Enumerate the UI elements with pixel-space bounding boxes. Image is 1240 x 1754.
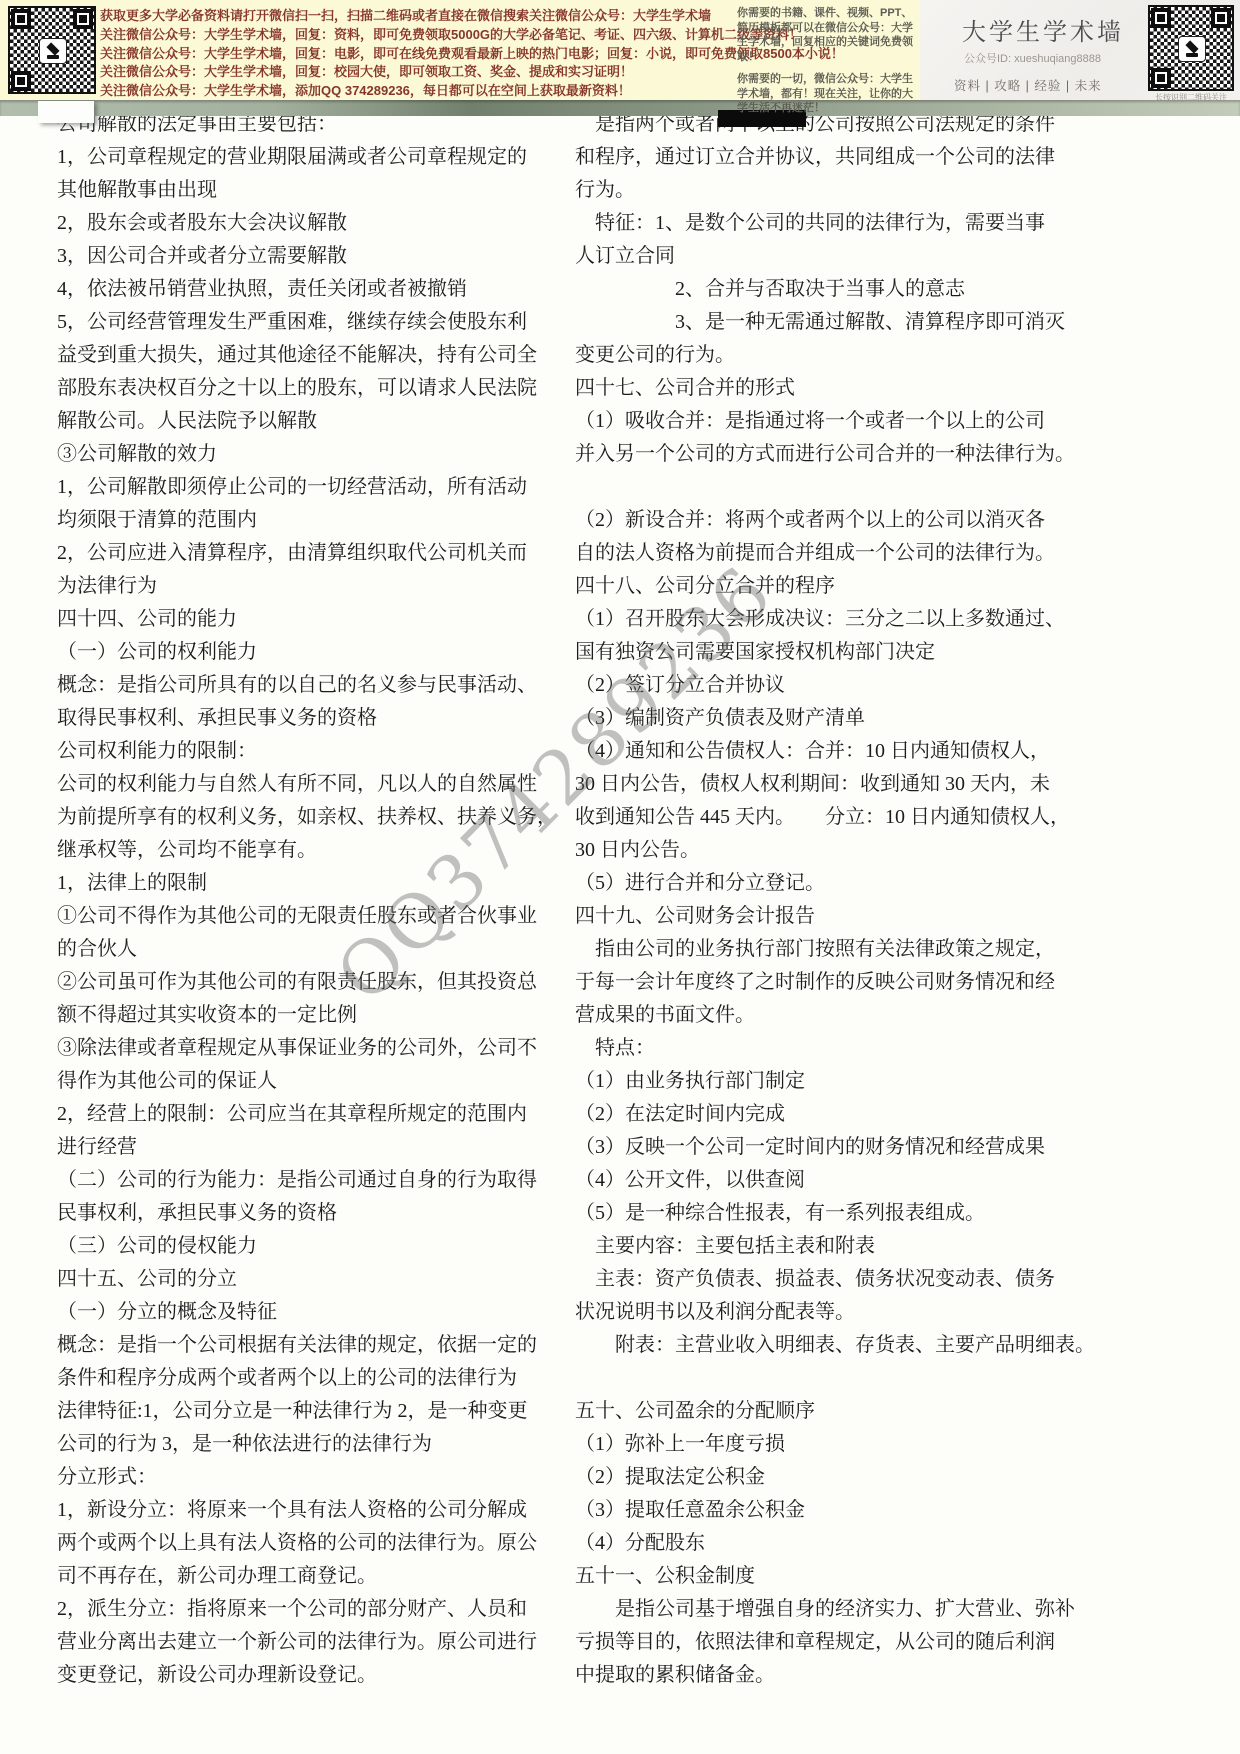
banner-text-lines: 获取更多大学必备资料请打开微信扫一扫，扫描二维码或者直接在微信搜索关注微信公众号… bbox=[100, 7, 750, 101]
banner-line: 关注微信公众号：大学生学术墙，回复：校园大使，即可领取工资、奖金、提成和实习证明… bbox=[100, 63, 750, 82]
text-line: 四十五、公司的分立 bbox=[57, 1263, 533, 1296]
text-line: 2，公司应进入清算程序，由清算组织取代公司机关而 bbox=[57, 537, 533, 570]
text-line: 额不得超过其实收资本的一定比例 bbox=[57, 999, 533, 1032]
qr-finder-icon bbox=[11, 71, 31, 91]
text-line: 部股东表决权百分之十以上的股东，可以请求人民法院 bbox=[57, 372, 533, 405]
text-line: 1，公司解散即须停止公司的一切经营活动，所有活动 bbox=[57, 471, 533, 504]
text-line: 30 日内公告，债权人权利期间：收到通知 30 天内，未 bbox=[575, 768, 1061, 801]
brand-tags: 资料 | 攻略 | 经验 | 未来 bbox=[954, 76, 1102, 94]
text-line: 2，派生分立：指将原来一个公司的部分财产、人员和 bbox=[57, 1593, 533, 1626]
text-line: 状况说明书以及利润分配表等。 bbox=[575, 1296, 1061, 1329]
banner-line: 关注微信公众号：大学生学术墙，回复：资料，即可免费领取5000G的大学必备笔记、… bbox=[100, 26, 750, 45]
text-line: 人订立合同 bbox=[575, 240, 1061, 273]
text-line: 司不再存在，新公司办理工商登记。 bbox=[57, 1560, 533, 1593]
right-text-column: 是指两个或者两个以上的公司按照公司法规定的条件和程序，通过订立合并协议，共同组成… bbox=[575, 108, 1061, 1692]
text-line: 为法律行为 bbox=[57, 570, 533, 603]
text-line: 附表：主营业收入明细表、存货表、主要产品明细表。 bbox=[575, 1329, 1061, 1362]
text-line: 1，公司章程规定的营业期限届满或者公司章程规定的 bbox=[57, 141, 533, 174]
banner-line: 关注微信公众号：大学生学术墙，添加QQ 374289236，每日都可以在空间上获… bbox=[100, 82, 750, 101]
text-line: 均须限于清算的范围内 bbox=[57, 504, 533, 537]
text-line: （5）是一种综合性报表，有一系列报表组成。 bbox=[575, 1197, 1061, 1230]
text-line: 公司权利能力的限制： bbox=[57, 735, 533, 768]
text-line: 五十、公司盈余的分配顺序 bbox=[575, 1395, 1061, 1428]
text-line: （一）分立的概念及特征 bbox=[57, 1296, 533, 1329]
text-line: 亏损等目的，依照法律和章程规定，从公司的随后利润 bbox=[575, 1626, 1061, 1659]
text-line: 2、合并与否取决于当事人的意志 bbox=[575, 273, 1061, 306]
text-line: 指由公司的业务执行部门按照有关法律政策之规定， bbox=[575, 933, 1061, 966]
text-line: 四十九、公司财务会计报告 bbox=[575, 900, 1061, 933]
promo-block-top: 你需要的书籍、课件、视频、PPT、简历模板都可以在微信公众号：大学生学术墙，回复… bbox=[737, 6, 915, 64]
promo-banner: 获取更多大学必备资料请打开微信扫一扫，扫描二维码或者直接在微信搜索关注微信公众号… bbox=[0, 0, 1240, 100]
text-line: ③除法律或者章程规定从事保证业务的公司外，公司不 bbox=[57, 1032, 533, 1065]
text-line: 条件和程序分成两个或者两个以上的公司的法律行为 bbox=[57, 1362, 533, 1395]
text-line: （1）由业务执行部门制定 bbox=[575, 1065, 1061, 1098]
text-line: 于每一会计年度终了之时制作的反映公司财务情况和经 bbox=[575, 966, 1061, 999]
text-line: 主要内容：主要包括主表和附表 bbox=[575, 1230, 1061, 1263]
qr-code-right-icon bbox=[1148, 5, 1234, 91]
text-line: 公司的权利能力与自然人有所不同，凡以人的自然属性 bbox=[57, 768, 533, 801]
qr-finder-icon bbox=[11, 9, 31, 29]
brand-title: 大学生学术墙 bbox=[962, 12, 1124, 47]
qr-finder-icon bbox=[1151, 8, 1171, 28]
text-line: ③公司解散的效力 bbox=[57, 438, 533, 471]
qr-finder-icon bbox=[1211, 8, 1231, 28]
qr-finder-icon bbox=[1151, 68, 1171, 88]
text-line: 进行经营 bbox=[57, 1131, 533, 1164]
graduation-cap-icon bbox=[1178, 36, 1206, 62]
text-line: 并入另一个公司的方式而进行公司合并的一种法律行为。 bbox=[575, 438, 1061, 471]
text-line: （1）弥补上一年度亏损 bbox=[575, 1428, 1061, 1461]
text-line: （3）提取任意盈余公积金 bbox=[575, 1494, 1061, 1527]
text-line: （2）在法定时间内完成 bbox=[575, 1098, 1061, 1131]
text-line: 和程序，通过订立合并协议，共同组成一个公司的法律 bbox=[575, 141, 1061, 174]
text-line: 营成果的书面文件。 bbox=[575, 999, 1061, 1032]
text-line: 概念：是指公司所具有的以自己的名义参与民事活动、 bbox=[57, 669, 533, 702]
text-line: 5，公司经营管理发生严重困难，继续存续会使股东利 bbox=[57, 306, 533, 339]
text-line: （1）吸收合并：是指通过将一个或者一个以上的公司 bbox=[575, 405, 1061, 438]
text-line: 两个或两个以上具有法人资格的公司的法律行为。原公 bbox=[57, 1527, 533, 1560]
text-line: 公司的行为 3，是一种依法进行的法律行为 bbox=[57, 1428, 533, 1461]
text-line: 2，经营上的限制：公司应当在其章程所规定的范围内 bbox=[57, 1098, 533, 1131]
text-line: 特点： bbox=[575, 1032, 1061, 1065]
text-line: 其他解散事由出现 bbox=[57, 174, 533, 207]
qr-code-left-icon bbox=[8, 6, 96, 94]
text-line: 4，依法被吊销营业执照，责任关闭或者被撤销 bbox=[57, 273, 533, 306]
text-line: 3，因公司合并或者分立需要解散 bbox=[57, 240, 533, 273]
text-line: （4）公开文件，以供查阅 bbox=[575, 1164, 1061, 1197]
text-line: 自的法人资格为前提而合并组成一个公司的法律行为。 bbox=[575, 537, 1061, 570]
text-line bbox=[575, 471, 1061, 504]
text-line: （二）公司的行为能力：是指公司通过自身的行为取得 bbox=[57, 1164, 533, 1197]
text-line: 主表：资产负债表、损益表、债务状况变动表、债务 bbox=[575, 1263, 1061, 1296]
window-edge-strip bbox=[0, 100, 1240, 116]
text-line: （一）公司的权利能力 bbox=[57, 636, 533, 669]
qr-finder-icon bbox=[73, 9, 93, 29]
text-line: （三）公司的侵权能力 bbox=[57, 1230, 533, 1263]
text-line: 概念：是指一个公司根据有关法律的规定，依据一定的 bbox=[57, 1329, 533, 1362]
text-line: （5）进行合并和分立登记。 bbox=[575, 867, 1061, 900]
text-line: （4）分配股东 bbox=[575, 1527, 1061, 1560]
promo-block-bottom: 你需要的一切，微信公众号：大学生学术墙，都有！现在关注，让你的大学生活不再迷茫！ bbox=[737, 72, 919, 116]
text-line: 五十一、公积金制度 bbox=[575, 1560, 1061, 1593]
text-line: ②公司虽可作为其他公司的有限责任股东，但其投资总 bbox=[57, 966, 533, 999]
graduation-cap-icon bbox=[39, 38, 67, 64]
text-line: 四十八、公司分立合并的程序 bbox=[575, 570, 1061, 603]
text-line: （3）反映一个公司一定时间内的财务情况和经营成果 bbox=[575, 1131, 1061, 1164]
text-line: 变更登记，新设公司办理新设登记。 bbox=[57, 1659, 533, 1692]
text-line: 2，股东会或者股东大会决议解散 bbox=[57, 207, 533, 240]
text-line: 中提取的累积储备金。 bbox=[575, 1659, 1061, 1692]
text-line: 变更公司的行为。 bbox=[575, 339, 1061, 372]
background-artifact bbox=[38, 101, 94, 123]
text-line: 四十四、公司的能力 bbox=[57, 603, 533, 636]
text-line: 得作为其他公司的保证人 bbox=[57, 1065, 533, 1098]
text-line: 分立形式： bbox=[57, 1461, 533, 1494]
text-line: 法律特征:1，公司分立是一种法律行为 2，是一种变更 bbox=[57, 1395, 533, 1428]
text-line: 收到通知公告 445 天内。 分立：10 日内通知债权人， bbox=[575, 801, 1061, 834]
document-page: 获取更多大学必备资料请打开微信扫一扫，扫描二维码或者直接在微信搜索关注微信公众号… bbox=[0, 0, 1240, 1754]
text-line: （2）提取法定公积金 bbox=[575, 1461, 1061, 1494]
text-line: 3、是一种无需通过解散、清算程序即可消灭 bbox=[575, 306, 1061, 339]
text-line: 解散公司。人民法院予以解散 bbox=[57, 405, 533, 438]
text-line: 营业分离出去建立一个新公司的法律行为。原公司进行 bbox=[57, 1626, 533, 1659]
banner-line: 获取更多大学必备资料请打开微信扫一扫，扫描二维码或者直接在微信搜索关注微信公众号… bbox=[100, 7, 750, 26]
account-id: 公众号ID: xueshuqiang8888 bbox=[964, 50, 1101, 66]
text-line: 取得民事权利、承担民事义务的资格 bbox=[57, 702, 533, 735]
text-line: 1，新设分立：将原来一个具有法人资格的公司分解成 bbox=[57, 1494, 533, 1527]
text-line: 30 日内公告。 bbox=[575, 834, 1061, 867]
qr-caption: 长按识别二维码关注 bbox=[1146, 92, 1236, 103]
text-line: 益受到重大损失，通过其他途径不能解决，持有公司全 bbox=[57, 339, 533, 372]
text-line: 行为。 bbox=[575, 174, 1061, 207]
text-line: 特征：1、是数个公司的共同的法律行为，需要当事 bbox=[575, 207, 1061, 240]
text-line bbox=[575, 1362, 1061, 1395]
text-line: （2）新设合并：将两个或者两个以上的公司以消灭各 bbox=[575, 504, 1061, 537]
text-line: 四十七、公司合并的形式 bbox=[575, 372, 1061, 405]
text-line: 是指公司基于增强自身的经济实力、扩大营业、弥补 bbox=[575, 1593, 1061, 1626]
text-line: 民事权利，承担民事义务的资格 bbox=[57, 1197, 533, 1230]
banner-line: 关注微信公众号：大学生学术墙，回复：电影，即可在线免费观看最新上映的热门电影；回… bbox=[100, 45, 750, 64]
